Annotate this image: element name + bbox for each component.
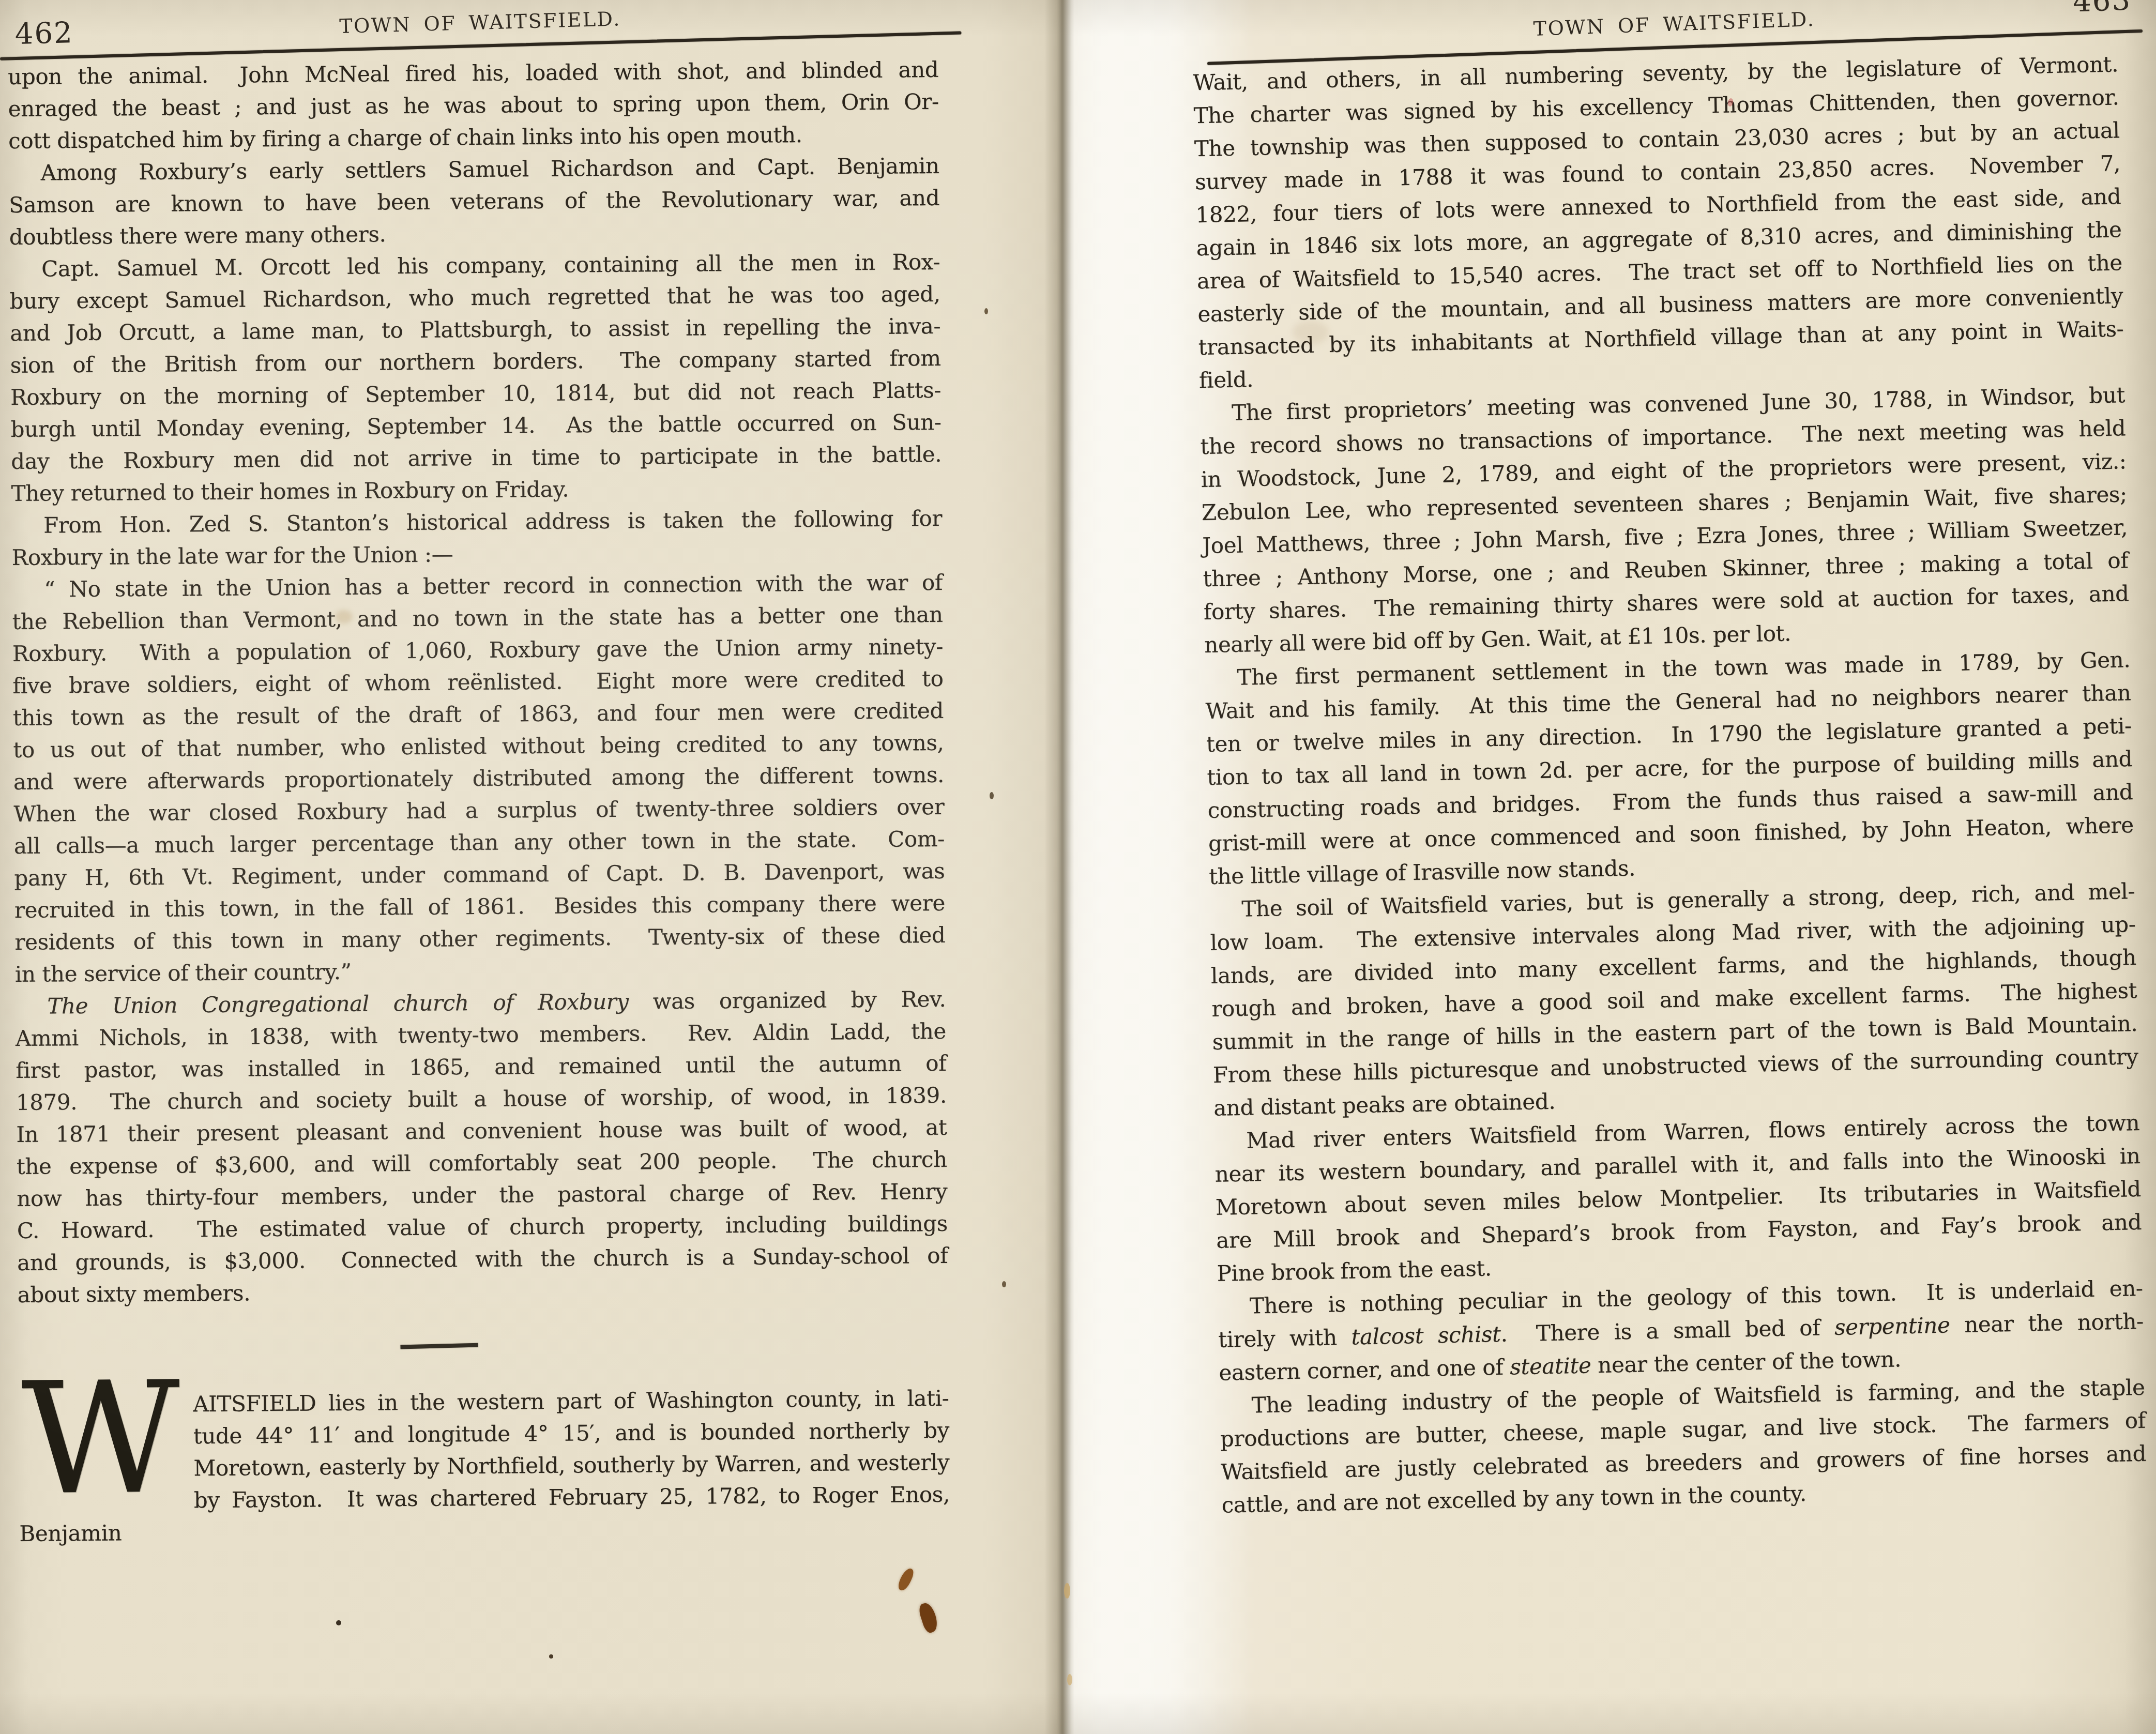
text-segment: residents of this town in many other reg…	[14, 922, 945, 955]
text-segment: Samson are known to have been veterans o…	[9, 185, 939, 218]
text-line: about sixty members.	[18, 1272, 948, 1311]
text-segment: sion of the British from our northern bo…	[10, 345, 940, 378]
paragraph: Capt. Samuel M. Orcott led his company, …	[9, 246, 942, 510]
left-page: 462 TOWN OF WAITSFIELD. upon the animal.…	[0, 0, 1060, 1734]
text-segment: tirely with	[1218, 1325, 1352, 1352]
italic-text: The Union Congregational church of Roxbu…	[47, 989, 629, 1019]
text-segment: 1879. The church and society built a hou…	[16, 1083, 947, 1115]
text-segment: and were afterwards proportionately dist…	[13, 762, 944, 795]
text-segment: Capt. Samuel M. Orcott led his company, …	[41, 249, 940, 282]
text-segment: cott dispatched him by firing a charge o…	[8, 122, 802, 154]
left-page-body: upon the animal. John McNeal fired his, …	[8, 54, 950, 1550]
running-header: TOWN OF WAITSFIELD.	[0, 0, 961, 47]
paragraph: The Union Congregational church of Roxbu…	[15, 983, 948, 1311]
paragraph: The first proprietors’ meeting was conve…	[1200, 378, 2130, 662]
dropcap-letter: W	[21, 1390, 180, 1487]
text-segment: five brave soldiers, eight of whom reënl…	[12, 666, 943, 698]
paragraph: Mad river enters Waitsfield from Warren,…	[1214, 1106, 2143, 1290]
paragraph: Wait, and others, in all numbering seven…	[1193, 48, 2124, 397]
paragraph: WAITSFIELD lies in the western part of W…	[18, 1382, 950, 1550]
text-segment: When the war closed Roxbury had a surplu…	[13, 794, 944, 827]
text-segment: pany H, 6th Vt. Regiment, under command …	[14, 858, 945, 891]
text-segment: enraged the beast ; and just as he was a…	[8, 89, 939, 121]
paragraph: “ No state in the Union has a better rec…	[12, 567, 946, 991]
text-segment: and grounds, is $3,000. Connected with t…	[17, 1243, 948, 1275]
text-segment: the expense of $3,600, and will comforta…	[17, 1147, 947, 1179]
text-segment: this town as the result of the draft of …	[13, 698, 944, 731]
text-segment: Roxbury in the late war for the Union :—	[11, 541, 453, 570]
text-segment: field.	[1198, 367, 1253, 393]
text-segment: Roxbury. With a population of 1,060, Rox…	[12, 634, 943, 666]
text-segment: “ No state in the Union has a better rec…	[44, 570, 943, 602]
text-segment: in the service of their country.”	[15, 959, 352, 987]
text-segment: near the north-	[1950, 1309, 2144, 1338]
text-segment: near the center of the town.	[1591, 1346, 1902, 1378]
section-divider	[400, 1343, 478, 1349]
text-segment: AITSFIELD lies in the western part of Wa…	[193, 1386, 949, 1417]
text-segment: and distant peaks are obtained.	[1213, 1089, 1556, 1121]
text-segment: bury except Samuel Richardson, who much …	[9, 281, 940, 314]
text-segment: now has thirty-four members, under the p…	[17, 1179, 947, 1211]
paragraph: upon the animal. John McNeal fired his, …	[8, 54, 939, 157]
right-page: TOWN OF WAITSFIELD. 463 Wait, and others…	[1060, 0, 2156, 1734]
paragraph: The soil of Waitsfield varies, but is ge…	[1209, 875, 2139, 1125]
text-segment: Among Roxbury’s early settlers Samuel Ri…	[41, 153, 939, 186]
italic-text: talcost schist	[1351, 1321, 1501, 1350]
text-segment: eastern corner, and one of	[1219, 1354, 1510, 1385]
running-header: TOWN OF WAITSFIELD.	[1206, 0, 2142, 52]
paragraph: There is nothing peculiar in the geology…	[1217, 1272, 2144, 1390]
text-segment: Roxbury on the morning of September 10, …	[10, 377, 941, 410]
text-segment: tude 44° 11′ and longitude 4° 15′, and i…	[193, 1418, 949, 1449]
text-segment: . There is a small bed of	[1500, 1315, 1834, 1347]
book-spread: 462 TOWN OF WAITSFIELD. upon the animal.…	[0, 0, 2156, 1734]
text-segment: day the Roxbury men did not arrive in ti…	[11, 442, 942, 474]
text-segment: and Job Orcutt, a lame man, to Plattsbur…	[10, 313, 940, 346]
text-segment: They returned to their homes in Roxbury …	[11, 477, 569, 506]
text-segment: about sixty members.	[18, 1280, 251, 1307]
text-segment: doubtless there were many others.	[9, 221, 386, 250]
text-segment: From Hon. Zed S. Stanton’s historical ad…	[43, 506, 942, 538]
text-segment: the Rebellion than Vermont, and no town …	[12, 602, 943, 634]
text-segment: to us out of that number, who enlisted w…	[13, 730, 944, 763]
right-page-body: Wait, and others, in all numbering seven…	[1193, 48, 2147, 1522]
text-segment: In 1871 their present pleasant and conve…	[16, 1115, 947, 1147]
paragraph: Among Roxbury’s early settlers Samuel Ri…	[8, 150, 939, 253]
text-segment: Moretown, easterly by Northfield, southe…	[193, 1450, 949, 1481]
text-segment: upon the animal. John McNeal fired his, …	[8, 57, 938, 89]
text-segment: recruited in this town, in the fall of 1…	[14, 890, 945, 923]
italic-text: steatite	[1510, 1352, 1591, 1379]
paragraph: The first permanent settlement in the to…	[1205, 643, 2135, 893]
text-segment: all calls—a much larger percentage than …	[14, 826, 945, 859]
paragraph: From Hon. Zed S. Stanton’s historical ad…	[11, 503, 943, 574]
page-number: 463	[2072, 0, 2132, 19]
text-segment: burgh until Monday evening, September 14…	[10, 409, 941, 442]
text-segment: Ammi Nichols, in 1838, with twenty-two m…	[16, 1018, 946, 1051]
text-segment: Pine brook from the east.	[1217, 1255, 1492, 1286]
italic-text: serpentine	[1834, 1312, 1950, 1340]
paragraph: The leading industry of the people of Wa…	[1219, 1371, 2147, 1522]
text-segment: was organized by Rev.	[629, 986, 946, 1014]
text-segment: first pastor, was installed in 1865, and…	[16, 1051, 946, 1083]
text-segment: the little village of Irasville now stan…	[1209, 855, 1636, 889]
text-segment: C. Howard. The estimated value of church…	[17, 1211, 948, 1243]
